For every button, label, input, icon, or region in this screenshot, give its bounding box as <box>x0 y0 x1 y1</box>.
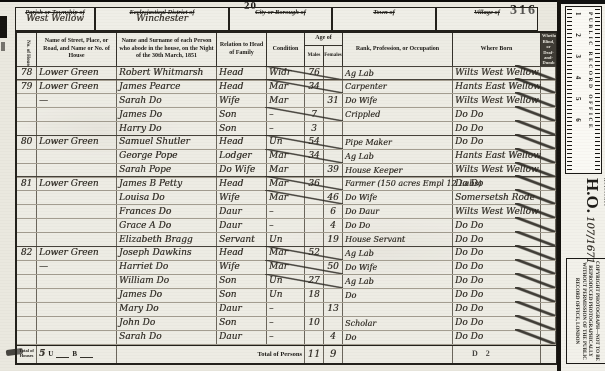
header-box: Town of <box>332 7 436 31</box>
schedule-number-cell: 81 <box>17 177 37 190</box>
where-born-cell: Somersetsh Rode <box>453 191 541 204</box>
blind-deaf-cell <box>541 219 556 232</box>
person-name-cell: Sarah Do <box>117 331 217 344</box>
age-male-cell <box>305 331 324 344</box>
census-record-row: Mary Do Daur – 13 Do Do <box>17 303 556 317</box>
person-name-cell: Grace A Do <box>117 219 217 232</box>
census-table: No. of Householder's Schedule Name of St… <box>15 31 558 365</box>
street-cell: — <box>37 261 117 274</box>
condition-cell: Mar <box>267 261 305 274</box>
occupation-cell: Ag Lab <box>343 150 453 163</box>
person-name-cell: Louisa Do <box>117 191 217 204</box>
age-male-cell <box>305 205 324 218</box>
census-record-row: James Do Son – 7 Crippled Do Do <box>17 108 556 122</box>
blind-deaf-cell <box>541 261 556 274</box>
condition-cell: Mar <box>267 247 305 260</box>
blind-deaf-cell <box>541 177 556 190</box>
where-born-cell: Wilts West Wellow <box>453 67 541 80</box>
age-male-cell: 3 <box>305 122 324 135</box>
scan-top-edge <box>0 0 605 2</box>
header-box-label: City or Borough of <box>255 8 306 16</box>
occupation-cell: Do Wife <box>343 261 453 274</box>
copyright-notice-box: COPYRIGHT PHOTOGRAPH—NOT TO BE REPRODUCE… <box>566 258 605 364</box>
census-record-row: 79 Lower Green James Pearce Head Mar 34 … <box>17 79 556 94</box>
occupation-cell: Carpenter <box>343 80 453 93</box>
blind-deaf-cell <box>541 233 556 246</box>
street-cell <box>37 289 117 302</box>
footer-blank <box>453 346 541 363</box>
person-name-cell: Frances Do <box>117 205 217 218</box>
age-female-cell: 39 <box>324 164 343 177</box>
schedule-number-cell: 78 <box>17 67 37 80</box>
ruler-numbers: 1 2 3 4 5 6 <box>574 12 582 167</box>
where-born-cell: Do Do <box>453 261 541 274</box>
census-record-row: 82 Lower Green Joseph Dawkins Head Mar 5… <box>17 246 556 261</box>
blind-deaf-cell <box>541 94 556 107</box>
occupation-cell: Scholar <box>343 317 453 330</box>
age-female-cell <box>324 275 343 288</box>
occupation-cell <box>343 303 453 316</box>
age-female-cell: 6 <box>324 205 343 218</box>
census-record-row: Frances Do Daur – 6 Do Daur Wilts West W… <box>17 205 556 219</box>
pro-ruler: 1 2 3 4 5 6 PUBLIC RECORD OFFICE <box>565 6 602 174</box>
age-male-cell <box>305 219 324 232</box>
age-female-cell <box>324 108 343 121</box>
age-male-cell: 27 <box>305 275 324 288</box>
occupation-cell: Ag Lab <box>343 67 453 80</box>
relation-cell: Daur <box>217 303 267 316</box>
street-cell <box>37 150 117 163</box>
where-born-cell: Do Do <box>453 303 541 316</box>
col-age-females: Females <box>324 46 342 66</box>
street-cell: Lower Green <box>37 67 117 80</box>
condition-cell: Mar <box>267 177 305 190</box>
scan-ink-blot <box>0 16 7 38</box>
person-name-cell: Robert Whitmarsh <box>117 67 217 80</box>
header-box-label: Town of <box>373 8 395 16</box>
total-females: 9 <box>324 346 343 363</box>
street-cell <box>37 317 117 330</box>
total-persons-label: Total of Persons <box>117 346 305 363</box>
person-name-cell: Harriet Do <box>117 261 217 274</box>
schedule-number-cell <box>17 94 37 107</box>
age-female-cell <box>324 247 343 260</box>
street-cell: Lower Green <box>37 136 117 149</box>
where-born-cell: Do Do <box>453 108 541 121</box>
occupation-cell: Do <box>343 289 453 302</box>
col-schedule-number: No. of Householder's Schedule <box>17 33 37 66</box>
condition-cell: Mar <box>267 191 305 204</box>
schedule-number-cell <box>17 233 37 246</box>
occupation-cell: Farmer (150 acres Empl 12 Labs) <box>343 177 453 190</box>
footer-blank <box>541 346 556 363</box>
schedule-number-cell <box>17 289 37 302</box>
uninhabited-label: U <box>48 350 53 358</box>
person-name-cell: Samuel Shutler <box>117 136 217 149</box>
where-born-cell: Wilts West Wellow <box>453 164 541 177</box>
relation-cell: Daur <box>217 205 267 218</box>
schedule-number-cell <box>17 303 37 316</box>
where-born-cell: Do Do <box>453 177 541 190</box>
age-male-cell: 34 <box>305 80 324 93</box>
relation-cell: Head <box>217 80 267 93</box>
ruler-label: PUBLIC RECORD OFFICE <box>587 12 593 167</box>
condition-cell: – <box>267 205 305 218</box>
census-record-row: — Harriet Do Wife Mar 50 Do Wife Do Do <box>17 261 556 275</box>
schedule-number-cell <box>17 205 37 218</box>
census-record-row: George Pope Lodger Mar 34 Ag Lab Hants E… <box>17 150 556 164</box>
header-box-value: Winchester <box>136 14 188 24</box>
street-cell <box>37 275 117 288</box>
condition-cell: Mar <box>267 94 305 107</box>
scan-ink-blot <box>1 42 5 51</box>
person-name-cell: James B Petty <box>117 177 217 190</box>
total-males: 11 <box>305 346 324 363</box>
col-street: Name of Street, Place, or Road, and Name… <box>37 33 117 66</box>
ruler-ticks-icon <box>595 9 600 171</box>
age-female-cell: 19 <box>324 233 343 246</box>
person-name-cell: Sarah Do <box>117 94 217 107</box>
table-body: 78 Lower Green Robert Whitmarsh Head Wid… <box>17 66 556 345</box>
blind-deaf-cell <box>541 247 556 260</box>
census-record-row: Sarah Do Daur – 4 Do Do Do <box>17 331 556 345</box>
reference-piece-number: 107/1671 <box>584 216 595 264</box>
census-record-row: Louisa Do Wife Mar 46 Do Wife Somersetsh… <box>17 191 556 205</box>
relation-cell: Son <box>217 275 267 288</box>
age-male-cell: 54 <box>305 136 324 149</box>
person-name-cell: James Pearce <box>117 80 217 93</box>
where-born-cell: Hants East Wellow <box>453 150 541 163</box>
condition-cell: Mar <box>267 164 305 177</box>
occupation-cell: Pipe Maker <box>343 136 453 149</box>
where-born-cell: Do Do <box>453 136 541 149</box>
schedule-number-cell: 80 <box>17 136 37 149</box>
header-box-label: Village of <box>474 8 500 16</box>
street-cell <box>37 331 117 344</box>
age-male-cell: 10 <box>305 317 324 330</box>
age-male-cell: 76 <box>305 67 324 80</box>
census-record-row: James Do Son Un 18 Do Do Do <box>17 289 556 303</box>
schedule-number-cell <box>17 191 37 204</box>
relation-cell: Head <box>217 177 267 190</box>
age-male-cell: 34 <box>305 150 324 163</box>
condition-cell: Un <box>267 233 305 246</box>
age-female-cell: 46 <box>324 191 343 204</box>
where-born-cell: Wilts West Wellow <box>453 94 541 107</box>
condition-cell: Un <box>267 136 305 149</box>
age-female-cell: 50 <box>324 261 343 274</box>
relation-cell: Son <box>217 122 267 135</box>
where-born-cell: Do Do <box>453 289 541 302</box>
schedule-number-cell: 82 <box>17 247 37 260</box>
condition-cell: Widr <box>267 67 305 80</box>
relation-cell: Daur <box>217 331 267 344</box>
person-name-cell: Elizabeth Bragg <box>117 233 217 246</box>
table-header: No. of Householder's Schedule Name of St… <box>17 33 556 67</box>
person-name-cell: Joseph Dawkins <box>117 247 217 260</box>
condition-cell: – <box>267 303 305 316</box>
header-box: City or Borough of <box>229 7 332 31</box>
blind-deaf-cell <box>541 150 556 163</box>
street-cell: — <box>37 94 117 107</box>
age-male-cell <box>305 261 324 274</box>
age-male-cell: 18 <box>305 289 324 302</box>
occupation-cell: Do Wife <box>343 191 453 204</box>
relation-cell: Wife <box>217 191 267 204</box>
age-female-cell: 4 <box>324 331 343 344</box>
age-female-cell <box>324 150 343 163</box>
person-name-cell: John Do <box>117 317 217 330</box>
schedule-number-cell <box>17 275 37 288</box>
where-born-cell: Do Do <box>453 275 541 288</box>
where-born-cell: Do Do <box>453 331 541 344</box>
occupation-cell: Do Do <box>343 219 453 232</box>
where-born-cell: Do Do <box>453 317 541 330</box>
relation-cell: Son <box>217 108 267 121</box>
age-male-cell: 52 <box>305 247 324 260</box>
where-born-cell: Do Do <box>453 247 541 260</box>
street-cell <box>37 219 117 232</box>
col-age-label: Age of <box>305 33 342 45</box>
census-record-row: — Sarah Do Wife Mar 31 Do Wife Wilts Wes… <box>17 94 556 108</box>
blind-deaf-cell <box>541 303 556 316</box>
relation-cell: Son <box>217 289 267 302</box>
age-female-cell <box>324 136 343 149</box>
census-record-row: 81 Lower Green James B Petty Head Mar 36… <box>17 176 556 191</box>
occupation-cell: House Servant <box>343 233 453 246</box>
copyright-notice: COPYRIGHT PHOTOGRAPH—NOT TO BE REPRODUCE… <box>573 261 599 361</box>
blind-deaf-cell <box>541 136 556 149</box>
condition-cell: Un <box>267 289 305 302</box>
census-record-row: John Do Son – 10 Scholar Do Do <box>17 317 556 331</box>
blind-deaf-cell <box>541 289 556 302</box>
relation-cell: Lodger <box>217 150 267 163</box>
blank-line <box>56 350 69 358</box>
census-record-row: 80 Lower Green Samuel Shutler Head Un 54… <box>17 135 556 150</box>
schedule-number-cell <box>17 219 37 232</box>
col-age: Age of Males Females <box>305 33 343 66</box>
relation-cell: Daur <box>217 219 267 232</box>
relation-cell: Wife <box>217 94 267 107</box>
schedule-number-cell <box>17 317 37 330</box>
street-cell: Lower Green <box>37 247 117 260</box>
blind-deaf-cell <box>541 80 556 93</box>
col-where-born: Where Born <box>453 33 541 66</box>
header-box: Ecclesiastical District of Winchester <box>95 7 229 31</box>
condition-cell: – <box>267 219 305 232</box>
person-name-cell: Mary Do <box>117 303 217 316</box>
schedule-number-cell: 79 <box>17 80 37 93</box>
houses-count: 5 <box>39 349 45 359</box>
relation-cell: Head <box>217 247 267 260</box>
blind-deaf-cell <box>541 108 556 121</box>
header-box: Village of <box>436 7 538 31</box>
street-cell <box>37 108 117 121</box>
person-name-cell: George Pope <box>117 150 217 163</box>
scan-edge-mark <box>561 0 605 4</box>
schedule-number-cell <box>17 261 37 274</box>
condition-cell: Un <box>267 275 305 288</box>
where-born-cell: Hants East Wellow <box>453 80 541 93</box>
blind-deaf-cell <box>541 67 556 80</box>
street-cell <box>37 122 117 135</box>
blank-line <box>80 350 93 358</box>
condition-cell: Mar <box>267 80 305 93</box>
census-record-row: William Do Son Un 27 Ag Lab Do Do <box>17 275 556 289</box>
schedule-number-cell <box>17 108 37 121</box>
reference-block: Reference — H.O. 107/1671 <box>565 178 605 264</box>
street-cell <box>37 191 117 204</box>
blind-deaf-cell <box>541 331 556 344</box>
age-male-cell <box>305 164 324 177</box>
condition-cell: – <box>267 108 305 121</box>
street-cell <box>37 164 117 177</box>
schedule-number-cell <box>17 122 37 135</box>
total-houses-value: 5 U B <box>37 346 117 363</box>
condition-cell: Mar <box>267 150 305 163</box>
age-female-cell: 4 <box>324 219 343 232</box>
condition-cell: – <box>267 317 305 330</box>
relation-cell: Son <box>217 317 267 330</box>
relation-cell: Head <box>217 136 267 149</box>
person-name-cell: Sarah Pope <box>117 164 217 177</box>
age-male-cell: 7 <box>305 108 324 121</box>
blind-deaf-cell <box>541 205 556 218</box>
age-female-cell <box>324 80 343 93</box>
street-cell <box>37 303 117 316</box>
col-blind-deaf: Whether Blind, or Deaf-and-Dumb <box>541 33 556 66</box>
age-female-cell <box>324 122 343 135</box>
age-female-cell <box>324 289 343 302</box>
header-box: Parish or Township of West Wellow <box>15 7 95 31</box>
age-female-cell <box>324 67 343 80</box>
building-label: B <box>72 350 77 358</box>
where-born-cell: Do Do <box>453 233 541 246</box>
where-born-cell: Wilts West Wellow <box>453 205 541 218</box>
age-female-cell <box>324 317 343 330</box>
street-cell: Lower Green <box>37 177 117 190</box>
blind-deaf-cell <box>541 191 556 204</box>
condition-cell: – <box>267 331 305 344</box>
blind-deaf-cell <box>541 317 556 330</box>
relation-cell: Do Wife <box>217 164 267 177</box>
occupation-cell <box>343 122 453 135</box>
col-relation: Relation to Head of Family <box>217 33 267 66</box>
col-age-males: Males <box>305 46 324 66</box>
age-male-cell <box>305 191 324 204</box>
street-cell: Lower Green <box>37 80 117 93</box>
col-condition: Condition <box>267 33 305 66</box>
blind-deaf-cell <box>541 275 556 288</box>
street-cell <box>37 233 117 246</box>
relation-cell: Wife <box>217 261 267 274</box>
occupation-cell: Do Wife <box>343 94 453 107</box>
person-name-cell: William Do <box>117 275 217 288</box>
table-footer: Total of Houses 5 U B Total of Persons 1… <box>17 345 556 363</box>
occupation-cell: Ag Lab <box>343 275 453 288</box>
footer-blank <box>343 346 453 363</box>
col-name-surname: Name and Surname of each Person who abod… <box>117 33 217 66</box>
header-boxes: Parish or Township of West Wellow Eccles… <box>15 7 538 31</box>
age-female-cell <box>324 177 343 190</box>
reference-series: H.O. <box>582 178 602 213</box>
census-record-row: Grace A Do Daur – 4 Do Do Do Do <box>17 219 556 233</box>
age-male-cell: 36 <box>305 177 324 190</box>
blind-deaf-cell <box>541 122 556 135</box>
relation-cell: Servant <box>217 233 267 246</box>
occupation-cell: Crippled <box>343 108 453 121</box>
where-born-cell: Do Do <box>453 122 541 135</box>
age-male-cell <box>305 303 324 316</box>
schedule-number-cell <box>17 150 37 163</box>
condition-cell: – <box>267 122 305 135</box>
schedule-number-cell <box>17 331 37 344</box>
blind-deaf-cell <box>541 164 556 177</box>
total-houses-label: Total of Houses <box>17 346 37 363</box>
relation-cell: Head <box>217 67 267 80</box>
ruler-ticks-icon <box>567 9 572 171</box>
occupation-cell: House Keeper <box>343 164 453 177</box>
occupation-cell: Ag Lab <box>343 247 453 260</box>
col-occupation: Rank, Profession, or Occupation <box>343 33 453 66</box>
person-name-cell: James Do <box>117 289 217 302</box>
schedule-number-cell <box>17 164 37 177</box>
header-box-value: West Wellow <box>26 14 84 24</box>
age-female-cell: 13 <box>324 303 343 316</box>
occupation-cell: Do <box>343 331 453 344</box>
age-male-cell <box>305 94 324 107</box>
person-name-cell: Harry Do <box>117 122 217 135</box>
occupation-cell: Do Daur <box>343 205 453 218</box>
age-male-cell <box>305 233 324 246</box>
census-page-scan: 20 316 D 2 Parish or Township of West We… <box>0 0 605 371</box>
street-cell <box>37 205 117 218</box>
age-female-cell: 31 <box>324 94 343 107</box>
public-record-office-strip: 1 2 3 4 5 6 PUBLIC RECORD OFFICE Referen… <box>557 0 605 371</box>
where-born-cell: Do Do <box>453 219 541 232</box>
person-name-cell: James Do <box>117 108 217 121</box>
